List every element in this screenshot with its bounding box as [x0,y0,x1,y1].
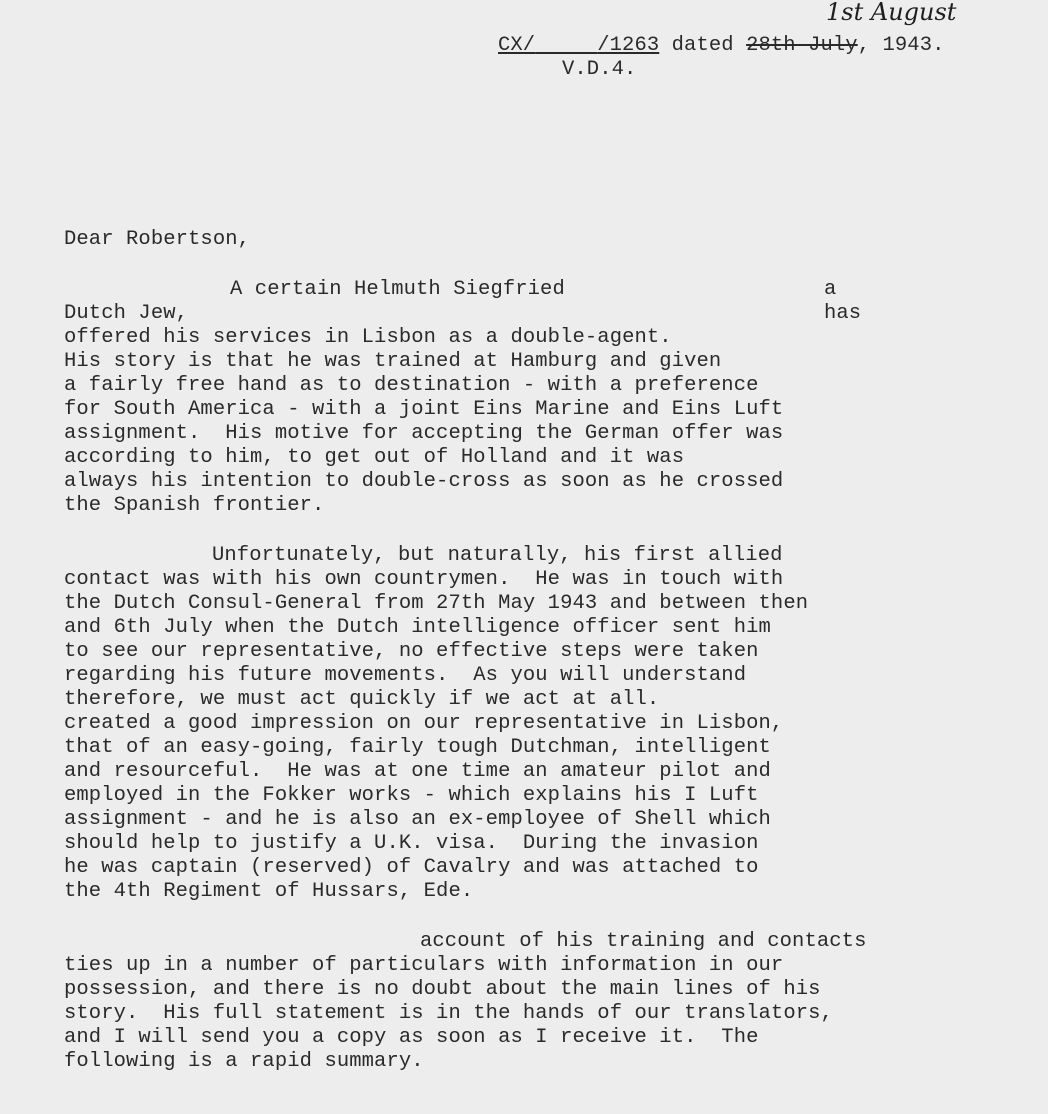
letter-line: has [824,302,861,326]
letter-line: Unfortunately, but naturally, his first … [212,544,783,568]
year: , 1943. [858,34,945,57]
letter-line: A certain Helmuth Siegfried [230,278,565,302]
letter-line: a fairly free hand as to destination - w… [64,374,759,398]
letter-line: he was captain (reserved) of Cavalry and… [64,856,759,880]
letter-line: always his intention to double-cross as … [64,470,783,494]
reference-line: CX/ /1263 dated 28th July, 1943. [498,34,945,58]
ref-prefix: CX/ [498,34,535,57]
letter-line: offered his services in Lisbon as a doub… [64,326,672,350]
letter-line: the Spanish frontier. [64,494,324,518]
letter-line: should help to justify a U.K. visa. Duri… [64,832,759,856]
letter-line: therefore, we must act quickly if we act… [64,688,659,712]
letter-line: regarding his future movements. As you w… [64,664,746,688]
letter-line: account of his training and contacts [420,930,866,954]
letter-line: following is a rapid summary. [64,1050,424,1074]
handwritten-date: 1st August [826,0,956,26]
letter-line: for South America - with a joint Eins Ma… [64,398,783,422]
letter-line: that of an easy-going, fairly tough Dutc… [64,736,771,760]
letter-line: and 6th July when the Dutch intelligence… [64,616,771,640]
salutation: Dear Robertson, [64,228,250,252]
letter-line: the 4th Regiment of Hussars, Ede. [64,880,473,904]
letter-line: a [824,278,836,302]
department-code: V.D.4. [562,58,636,82]
letter-line: employed in the Fokker works - which exp… [64,784,759,808]
letter-line: Dutch Jew, [64,302,188,326]
letter-line: according to him, to get out of Holland … [64,446,684,470]
letter-line: His story is that he was trained at Hamb… [64,350,721,374]
document-page: CX/ /1263 dated 28th July, 1943. 1st Aug… [0,0,1048,1114]
letter-line: ties up in a number of particulars with … [64,954,783,978]
letter-line: story. His full statement is in the hand… [64,1002,833,1026]
struck-date: 28th July [746,34,858,57]
ref-blank [535,34,597,57]
ref-number: /1263 [597,34,659,57]
letter-line: and I will send you a copy as soon as I … [64,1026,759,1050]
letter-line: and resourceful. He was at one time an a… [64,760,771,784]
letter-line: possession, and there is no doubt about … [64,978,821,1002]
letter-line: assignment - and he is also an ex-employ… [64,808,771,832]
letter-line: created a good impression on our represe… [64,712,783,736]
letter-line: assignment. His motive for accepting the… [64,422,783,446]
dated-label: dated [672,34,734,57]
letter-line: to see our representative, no effective … [64,640,759,664]
letter-line: contact was with his own countrymen. He … [64,568,783,592]
letter-line: the Dutch Consul-General from 27th May 1… [64,592,808,616]
